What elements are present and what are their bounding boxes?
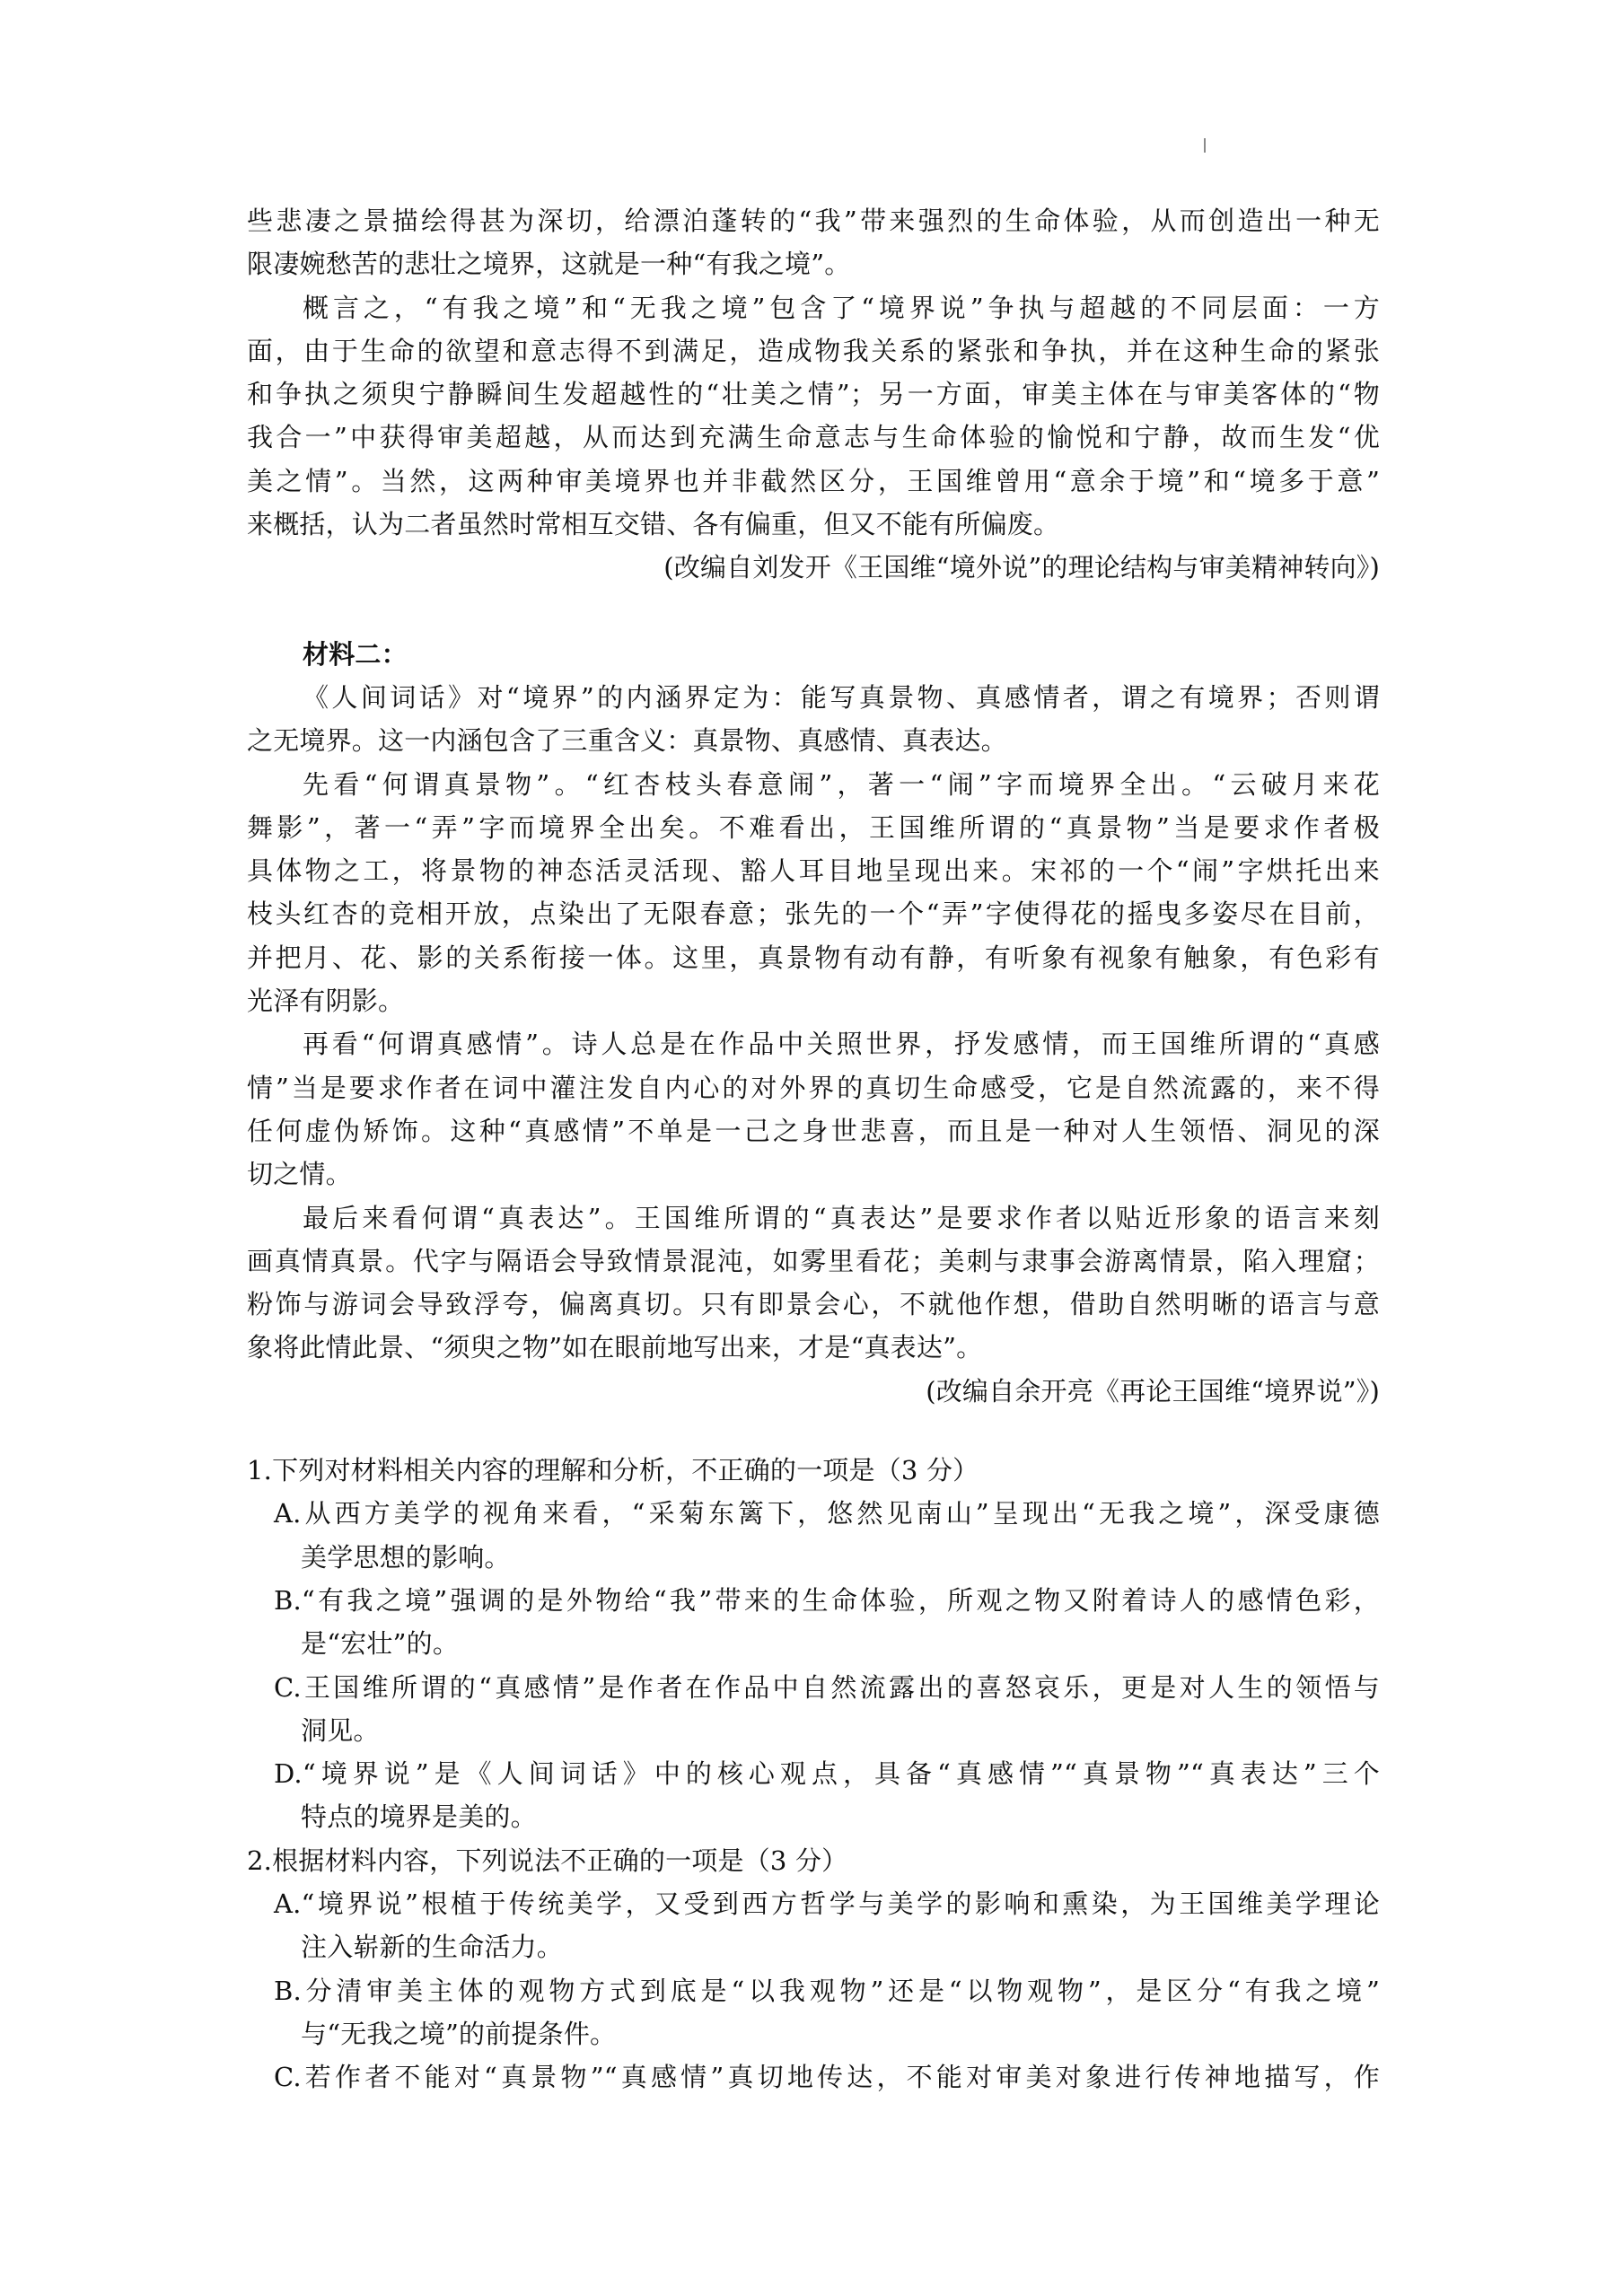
question-stem: 1.下列对材料相关内容的理解和分析，不正确的一项是（3 分） [247, 1449, 1380, 1492]
option-line: D.“境界说”是《人间词话》中的核心观点，具备“真感情”“真景物”“真表达”三个 [247, 1752, 1380, 1795]
option-line: A.从西方美学的视角来看，“采菊东篱下，悠然见南山”呈现出“无我之境”，深受康德 [247, 1492, 1380, 1535]
source-citation: (改编自余开亮《再论王国维“境界说”》) [247, 1370, 1380, 1413]
text-line: 任何虚伪矫饰。这种“真感情”不单是一己之身世悲喜，而且是一种对人生领悟、洞见的深 [247, 1109, 1380, 1152]
option-line: 洞见。 [247, 1709, 1380, 1752]
text-line: 画真情真景。代字与隔语会导致情景混沌，如雾里看花；美刺与隶事会游离情景，陷入理窟… [247, 1240, 1380, 1283]
text-line: 之无境界。这一内涵包含了三重含义：真景物、真感情、真表达。 [247, 719, 1380, 762]
option-line: 与“无我之境”的前提条件。 [247, 2012, 1380, 2055]
text-line: 美之情”。当然，这两种审美境界也并非截然区分，王国维曾用“意余于境”和“境多于意… [247, 460, 1380, 503]
option-c: C.王国维所谓的“真感情”是作者在作品中自然流露出的喜怒哀乐，更是对人生的领悟与… [247, 1666, 1380, 1753]
option-line: 美学思想的影响。 [247, 1536, 1380, 1579]
document-page: 些悲凄之景描绘得甚为深切，给漂泊蓬转的“我”带来强烈的生命体验，从而创造出一种无… [0, 0, 1624, 2296]
text-line: 先看“何谓真景物”。“红杏枝头春意闹”，著一“闹”字而境界全出。“云破月来花 [247, 763, 1380, 806]
option-d: D.“境界说”是《人间词话》中的核心观点，具备“真感情”“真景物”“真表达”三个… [247, 1752, 1380, 1839]
text-line: 限凄婉愁苦的悲壮之境界，这就是一种“有我之境”。 [247, 242, 1380, 285]
text-line: 再看“何谓真感情”。诗人总是在作品中关照世界，抒发感情，而王国维所谓的“真感 [247, 1022, 1380, 1065]
paragraph-continued: 些悲凄之景描绘得甚为深切，给漂泊蓬转的“我”带来强烈的生命体验，从而创造出一种无… [247, 199, 1380, 286]
paragraph: 再看“何谓真感情”。诗人总是在作品中关照世界，抒发感情，而王国维所谓的“真感 情… [247, 1022, 1380, 1196]
text-line: 来概括，认为二者虽然时常相互交错、各有偏重，但又不能有所偏废。 [247, 503, 1380, 546]
option-b: B.分清审美主体的观物方式到底是“以我观物”还是“以物观物”，是区分“有我之境”… [247, 1969, 1380, 2056]
option-line: B.分清审美主体的观物方式到底是“以我观物”还是“以物观物”，是区分“有我之境” [247, 1969, 1380, 2012]
text-line: 情”当是要求作者在词中灌注发自内心的对外界的真切生命感受，它是自然流露的，来不得 [247, 1066, 1380, 1109]
text-line: 我合一”中获得审美超越，从而达到充满生命意志与生命体验的愉悦和宁静，故而生发“优 [247, 416, 1380, 459]
text-line: 舞影”，著一“弄”字而境界全出矣。不难看出，王国维所谓的“真景物”当是要求作者极 [247, 806, 1380, 849]
text-line: 并把月、花、影的关系衔接一体。这里，真景物有动有静，有听象有视象有触象，有色彩有 [247, 936, 1380, 979]
source-citation: (改编自刘发开《王国维“境外说”的理论结构与审美精神转向》) [247, 546, 1380, 589]
option-c: C.若作者不能对“真景物”“真感情”真切地传达，不能对审美对象进行传神地描写，作 [247, 2055, 1380, 2099]
option-a: A.“境界说”根植于传统美学，又受到西方哲学与美学的影响和熏染，为王国维美学理论… [247, 1882, 1380, 1969]
document-body: 些悲凄之景描绘得甚为深切，给漂泊蓬转的“我”带来强烈的生命体验，从而创造出一种无… [247, 199, 1380, 2099]
option-line: 特点的境界是美的。 [247, 1795, 1380, 1838]
section-heading: 材料二： [247, 633, 1380, 676]
option-line: 是“宏壮”的。 [247, 1622, 1380, 1665]
header-mark [1204, 138, 1206, 153]
text-line: 象将此情此景、“须臾之物”如在眼前地写出来，才是“真表达”。 [247, 1326, 1380, 1369]
option-line: 注入崭新的生命活力。 [247, 1925, 1380, 1968]
text-line: 粉饰与游词会导致浮夸，偏离真切。只有即景会心，不就他作想，借助自然明晰的语言与意 [247, 1283, 1380, 1326]
paragraph: 先看“何谓真景物”。“红杏枝头春意闹”，著一“闹”字而境界全出。“云破月来花 舞… [247, 763, 1380, 1023]
option-line: B.“有我之境”强调的是外物给“我”带来的生命体验，所观之物又附着诗人的感情色彩… [247, 1579, 1380, 1622]
text-line: 些悲凄之景描绘得甚为深切，给漂泊蓬转的“我”带来强烈的生命体验，从而创造出一种无 [247, 199, 1380, 242]
text-line: 具体物之工，将景物的神态活灵活现、豁人耳目地呈现出来。宋祁的一个“闹”字烘托出来 [247, 849, 1380, 892]
option-line: C.若作者不能对“真景物”“真感情”真切地传达，不能对审美对象进行传神地描写，作 [247, 2055, 1380, 2099]
text-line: 和争执之须臾宁静瞬间生发超越性的“壮美之情”；另一方面，审美主体在与审美客体的“… [247, 372, 1380, 416]
paragraph-summary: 概言之，“有我之境”和“无我之境”包含了“境界说”争执与超越的不同层面：一方 面… [247, 286, 1380, 547]
text-line: 枝头红杏的竞相开放，点染出了无限春意；张先的一个“弄”字使得花的摇曳多姿尽在目前… [247, 892, 1380, 935]
option-a: A.从西方美学的视角来看，“采菊东篱下，悠然见南山”呈现出“无我之境”，深受康德… [247, 1492, 1380, 1579]
paragraph: 《人间词话》对“境界”的内涵界定为：能写真景物、真感情者，谓之有境界；否则谓 之… [247, 676, 1380, 763]
text-line: 概言之，“有我之境”和“无我之境”包含了“境界说”争执与超越的不同层面：一方 [247, 286, 1380, 329]
option-b: B.“有我之境”强调的是外物给“我”带来的生命体验，所观之物又附着诗人的感情色彩… [247, 1579, 1380, 1666]
text-line: 切之情。 [247, 1152, 1380, 1196]
option-line: A.“境界说”根植于传统美学，又受到西方哲学与美学的影响和熏染，为王国维美学理论 [247, 1882, 1380, 1925]
text-line: 光泽有阴影。 [247, 979, 1380, 1022]
text-line: 面，由于生命的欲望和意志得不到满足，造成物我关系的紧张和争执，并在这种生命的紧张 [247, 329, 1380, 372]
question-stem: 2.根据材料内容，下列说法不正确的一项是（3 分） [247, 1839, 1380, 1882]
question-2: 2.根据材料内容，下列说法不正确的一项是（3 分） A.“境界说”根植于传统美学… [247, 1839, 1380, 2099]
question-1: 1.下列对材料相关内容的理解和分析，不正确的一项是（3 分） A.从西方美学的视… [247, 1449, 1380, 1839]
text-line: 最后来看何谓“真表达”。王国维所谓的“真表达”是要求作者以贴近形象的语言来刻 [247, 1196, 1380, 1240]
spacer [247, 1413, 1380, 1449]
option-line: C.王国维所谓的“真感情”是作者在作品中自然流露出的喜怒哀乐，更是对人生的领悟与 [247, 1666, 1380, 1709]
spacer [247, 590, 1380, 633]
paragraph: 最后来看何谓“真表达”。王国维所谓的“真表达”是要求作者以贴近形象的语言来刻 画… [247, 1196, 1380, 1370]
text-line: 《人间词话》对“境界”的内涵界定为：能写真景物、真感情者，谓之有境界；否则谓 [247, 676, 1380, 719]
